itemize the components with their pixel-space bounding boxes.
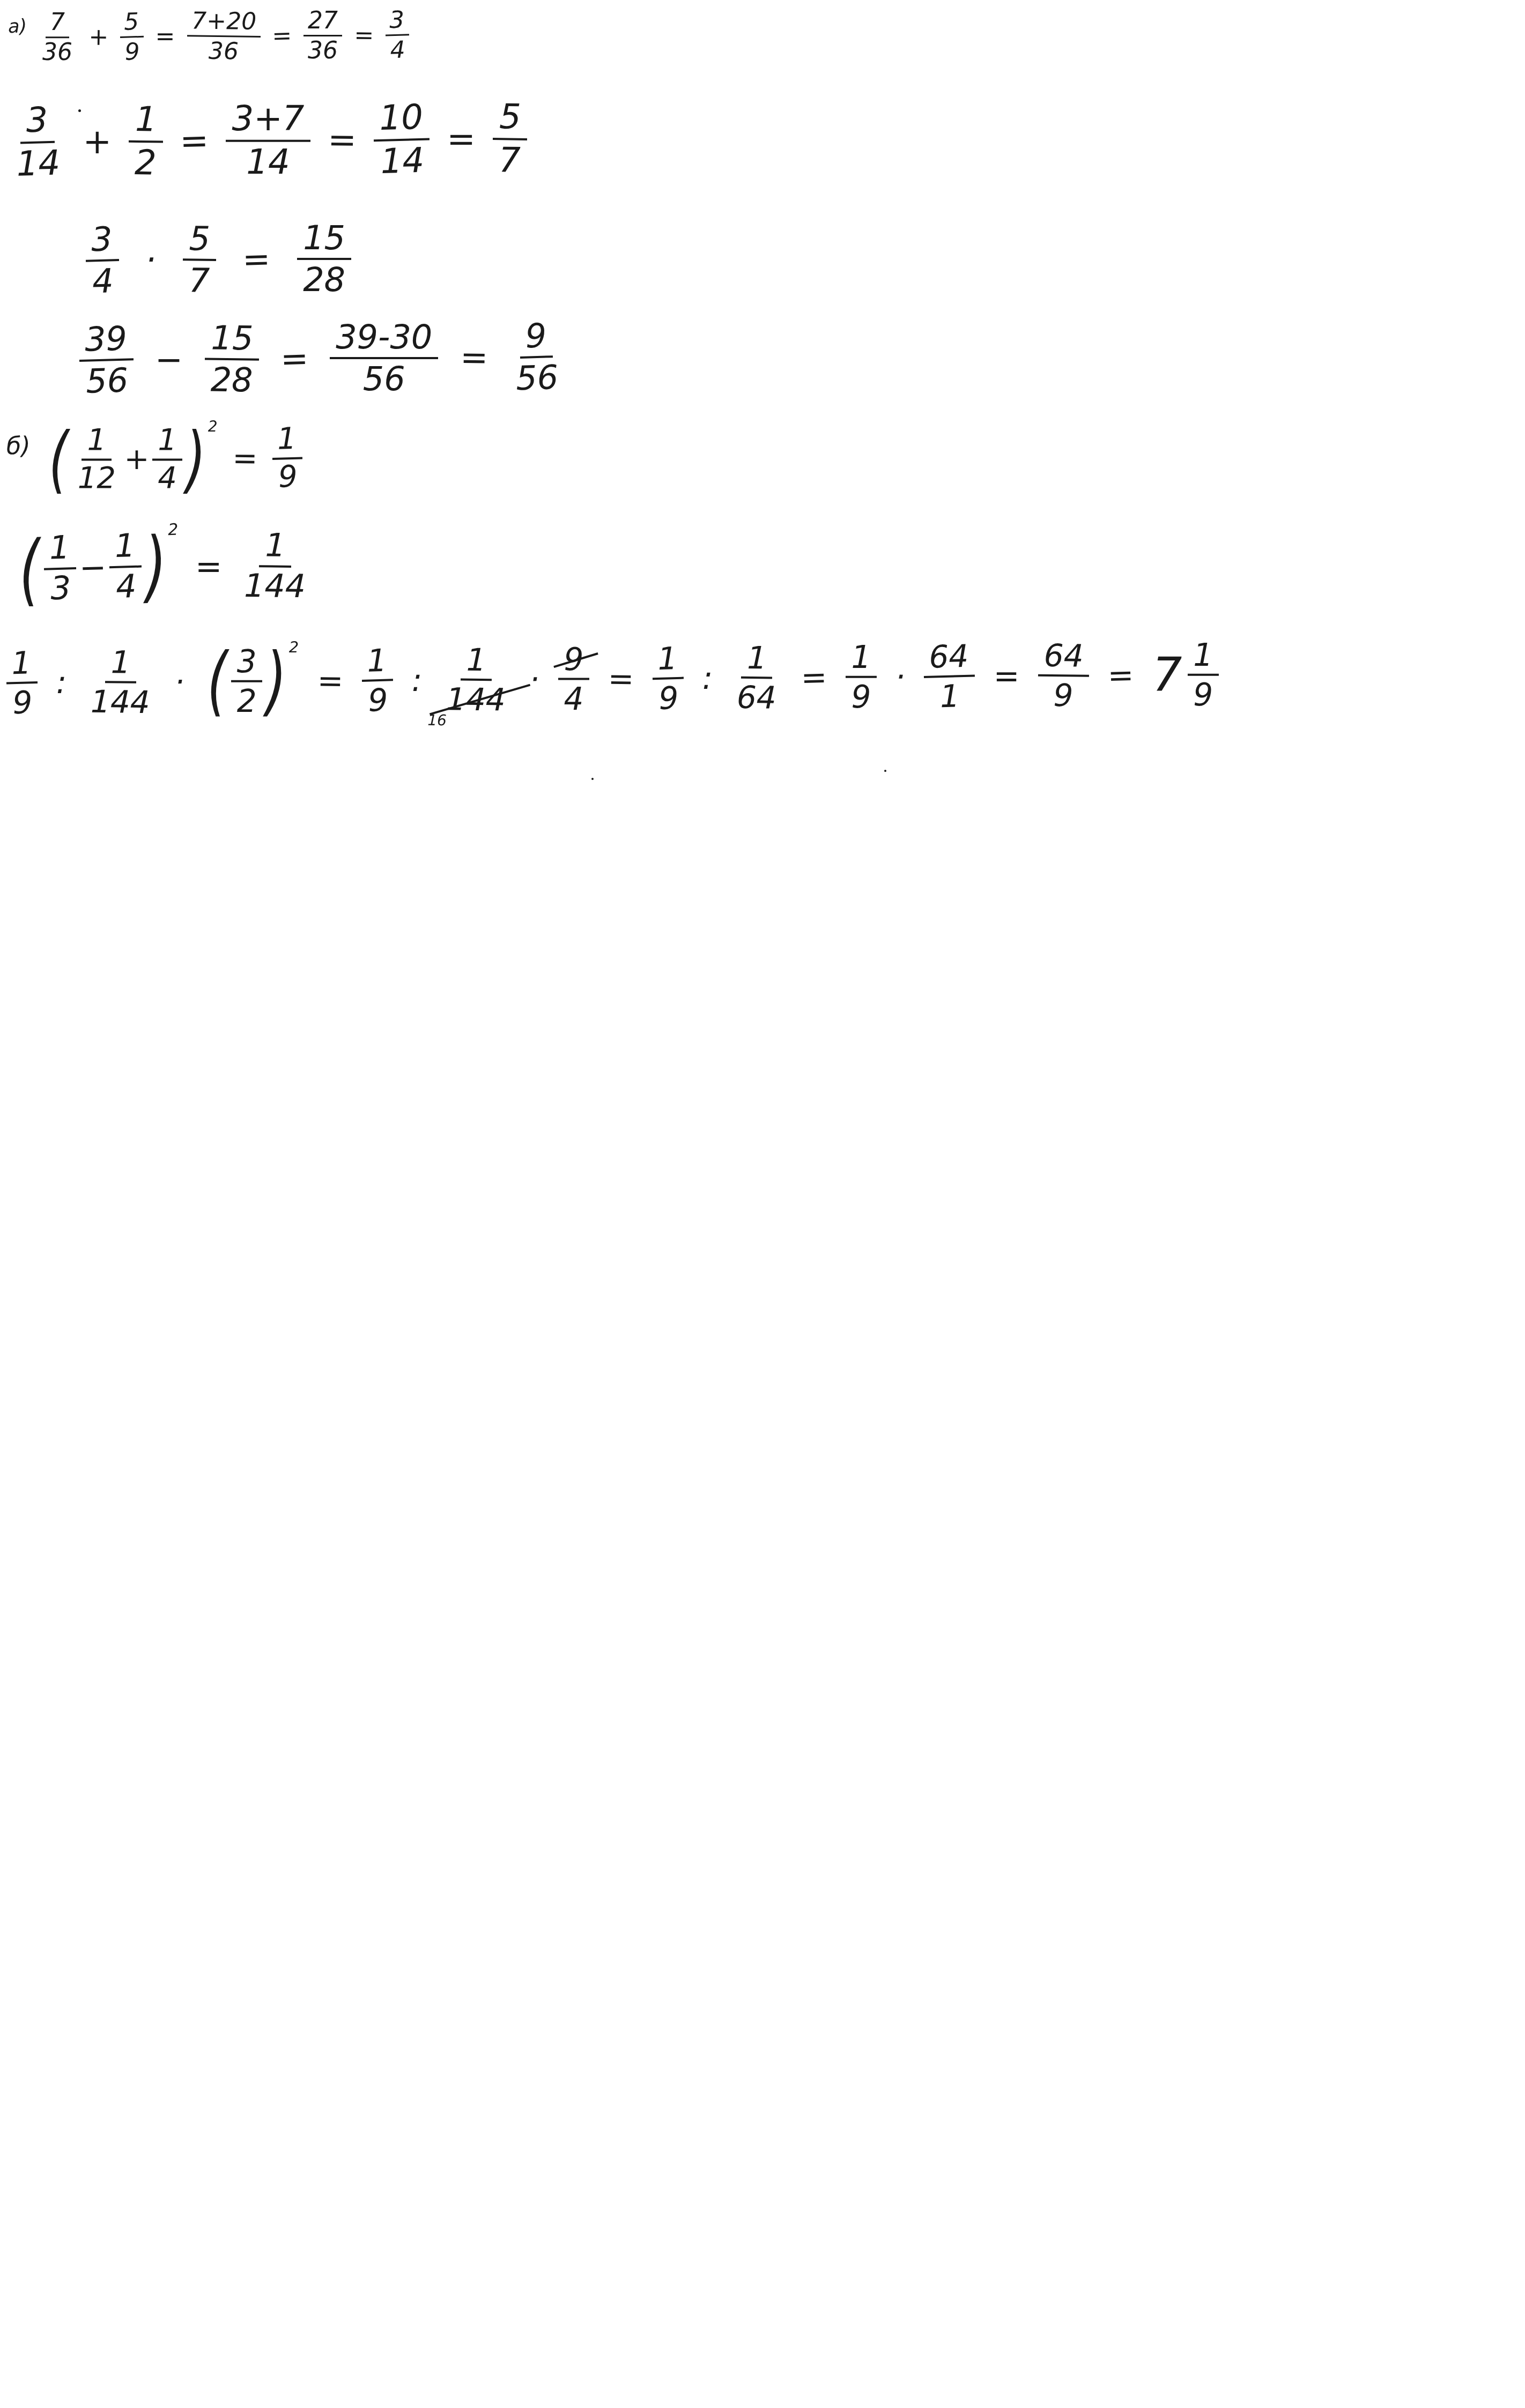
fraction-denominator: 36: [38, 38, 77, 65]
fraction-numerator: 1: [846, 640, 877, 678]
operator-multiplication-dot: ·: [526, 661, 543, 698]
parenthesized-expression: (32)2: [203, 644, 299, 719]
fraction: 112: [72, 423, 121, 495]
fraction: 1528: [204, 319, 260, 399]
fraction-numerator: 7+20: [187, 8, 261, 38]
operator-multiplication-dot: ·: [171, 664, 188, 701]
operator-equals: =: [351, 21, 376, 49]
fraction-denominator: 14416: [440, 680, 511, 717]
fraction-denominator: 4: [152, 460, 182, 495]
fraction-denominator: 9: [362, 681, 394, 718]
fraction-numerator: 1: [742, 641, 773, 679]
operator-equals: =: [153, 23, 177, 50]
close-paren: ): [265, 648, 287, 715]
ink-speck: [884, 770, 886, 772]
fraction-numerator: 1: [461, 643, 492, 681]
fraction: 7+2036: [187, 8, 261, 65]
open-paren: (: [17, 534, 42, 605]
fraction-denominator: 12: [72, 460, 121, 495]
fraction-numerator: 3: [19, 101, 55, 144]
fraction-denominator: 9: [1188, 676, 1219, 712]
fraction-denominator: 9: [6, 683, 39, 720]
fraction: 314: [9, 101, 67, 184]
fraction-numerator: 1: [108, 528, 142, 568]
fraction: 19: [361, 643, 394, 718]
fraction-denominator: 3: [44, 569, 77, 607]
fraction: 34: [384, 6, 410, 63]
fraction-denominator: 36: [204, 37, 242, 65]
fraction-numerator: 1: [43, 530, 76, 570]
fraction-denominator: 28: [297, 260, 351, 299]
fraction-numerator: 7: [46, 9, 69, 38]
operator-equals: =: [314, 663, 346, 700]
fraction: 19: [272, 422, 304, 495]
operator-equals: =: [324, 120, 360, 160]
fraction-numerator: 1: [5, 645, 38, 685]
fraction: 14: [152, 423, 182, 495]
fraction-numerator: 9: [519, 317, 553, 359]
fraction: 1144: [85, 645, 156, 720]
fraction-numerator: 39: [78, 319, 134, 362]
equation-line-3: 34·57=1528: [85, 219, 351, 300]
fraction: 1014: [373, 98, 431, 181]
fraction: 12: [128, 101, 164, 183]
fraction-denominator: 4: [386, 35, 410, 63]
fraction-denominator: 2: [128, 143, 163, 183]
fraction-numerator: 3: [231, 644, 262, 682]
fraction-numerator: 5: [493, 98, 528, 140]
fraction: 3+714: [226, 100, 310, 182]
parenthesized-expression: (13−14)2: [14, 527, 180, 608]
fraction-denominator: 2: [231, 682, 262, 718]
equation-line-5: б)(112+14)2=19: [6, 422, 303, 496]
fraction: 13: [43, 530, 77, 607]
fraction: 19: [652, 641, 685, 716]
fraction-denominator: 7: [182, 261, 216, 300]
fraction: 649: [1038, 638, 1089, 714]
operator-plus: +: [86, 24, 110, 51]
fraction-denominator: 144: [238, 567, 312, 605]
exponent: 2: [168, 521, 179, 540]
operator-multiplication-dot: ·: [892, 658, 909, 695]
fraction-numerator: 1: [152, 423, 182, 460]
exponent: 2: [288, 638, 298, 656]
fraction: 1528: [297, 219, 351, 299]
part-label: б): [6, 432, 31, 460]
fraction-numerator: 64: [1038, 638, 1090, 677]
operator-equals: =: [176, 121, 212, 162]
fraction-denominator: 14: [240, 142, 296, 182]
fraction: 19: [846, 640, 877, 715]
equation-line-7: 19:1144·(32)2=19:114416·94=19:164=19·641…: [6, 637, 1219, 720]
fraction-denominator: 9: [272, 459, 303, 495]
fraction-numerator: 9: [558, 642, 589, 680]
fraction: 59: [120, 9, 145, 65]
fraction: 641: [923, 638, 976, 714]
fraction: 164: [731, 641, 782, 716]
fraction-denominator: 36: [303, 36, 342, 64]
operator-equals: =: [229, 441, 261, 477]
operator-equals: =: [605, 660, 638, 697]
fraction: 57: [492, 98, 528, 180]
equation-line-6: (13−14)2=1144: [15, 527, 312, 606]
operator-minus: −: [76, 548, 110, 587]
fraction: 114416: [440, 642, 512, 717]
fraction-numerator: 3: [85, 220, 119, 262]
mixed-number: 719: [1152, 638, 1219, 712]
operator-equals: =: [239, 239, 274, 279]
fraction-numerator: 1: [652, 641, 684, 680]
part-label: а): [8, 15, 27, 38]
fraction-numerator: 1: [361, 643, 393, 682]
fraction-numerator: 3: [384, 6, 409, 36]
operator-equals: =: [457, 338, 492, 377]
fraction: 39-3056: [330, 318, 438, 398]
fraction-denominator: 14: [374, 140, 431, 182]
fraction-denominator: 56: [79, 360, 135, 400]
operator-equals: =: [797, 659, 831, 696]
operator-multiplication-dot: ·: [142, 241, 159, 280]
operator-equals: =: [277, 339, 312, 379]
close-paren: ): [185, 427, 206, 492]
fraction: 2736: [303, 8, 342, 64]
fraction-denominator: 7: [492, 140, 527, 180]
parenthesized-expression: (112+14)2: [45, 423, 218, 495]
operator-division-colon: :: [699, 660, 716, 696]
fraction-numerator: 3+7: [226, 100, 310, 142]
fraction-denominator: 28: [204, 360, 259, 399]
fraction-numerator: 1: [105, 645, 137, 683]
fraction-denominator: 9: [120, 38, 144, 65]
fraction-numerator: 5: [120, 9, 144, 38]
fraction-denominator: 64: [731, 679, 782, 715]
fraction-denominator: 56: [510, 358, 565, 398]
equation-line-2: 314+12=3+714=1014=57: [9, 98, 527, 183]
fraction-denominator: 56: [357, 359, 411, 398]
fraction-numerator: 1: [1188, 638, 1219, 676]
exponent: 2: [208, 418, 218, 435]
operator-plus: +: [121, 442, 152, 477]
equation-line-1: а)736+59=7+2036=2736=34: [8, 7, 409, 66]
equation-line-4: 3956−1528=39-3056=956: [79, 317, 564, 400]
ink-speck: [591, 778, 594, 780]
operator-equals: =: [192, 548, 225, 585]
fraction-numerator: 39-30: [330, 318, 438, 359]
operator-equals: =: [990, 658, 1023, 694]
fraction-numerator: 10: [373, 98, 430, 142]
fraction-denominator: 4: [86, 261, 120, 301]
fraction-denominator: 4: [109, 567, 143, 605]
fraction-numerator: 1: [129, 101, 164, 143]
fraction-numerator: 64: [923, 638, 975, 678]
fraction-numerator: 1: [82, 423, 112, 460]
fraction: 3956: [78, 319, 135, 400]
operator-plus: +: [79, 122, 115, 162]
fraction: 1144: [238, 527, 312, 605]
cancellation-note: 16: [427, 711, 447, 729]
fraction-denominator: 9: [653, 679, 685, 716]
operator-division-colon: :: [409, 662, 425, 698]
handwritten-worksheet-page: а)736+59=7+2036=2736=34314+12=3+714=1014…: [0, 0, 1525, 2408]
fraction: 14: [108, 528, 143, 606]
fraction: 32: [231, 644, 262, 719]
operator-equals: =: [269, 22, 294, 50]
fraction: 34: [85, 220, 120, 300]
fraction: 736: [38, 9, 77, 65]
operator-equals: =: [443, 120, 479, 159]
fraction-numerator: 1: [259, 527, 292, 567]
fraction-numerator: 15: [205, 319, 260, 360]
fraction-denominator: 9: [846, 678, 877, 714]
fraction-denominator: 9: [1047, 677, 1079, 713]
fraction-denominator: 1: [934, 677, 966, 714]
fraction-numerator: 1: [272, 422, 303, 460]
fraction: 19: [5, 645, 39, 720]
fraction-numerator: 5: [183, 220, 217, 261]
fraction-numerator: 15: [297, 219, 351, 260]
open-paren: (: [48, 427, 69, 492]
fraction: 19: [1188, 638, 1219, 712]
fraction-denominator: 4: [558, 680, 589, 716]
operator-equals: =: [1104, 657, 1137, 694]
fraction: 956: [508, 317, 565, 398]
fraction-numerator: 27: [303, 8, 342, 36]
whole-number-part: 7: [1152, 651, 1182, 698]
open-paren: (: [206, 648, 228, 715]
close-paren: ): [144, 531, 169, 601]
fraction: 57: [182, 220, 217, 300]
ink-speck: [78, 109, 81, 112]
operator-minus: −: [152, 340, 186, 379]
fraction-denominator: 144: [85, 683, 156, 720]
operator-division-colon: :: [53, 665, 70, 701]
fraction: 94: [558, 642, 589, 717]
fraction-denominator: 14: [10, 143, 67, 184]
